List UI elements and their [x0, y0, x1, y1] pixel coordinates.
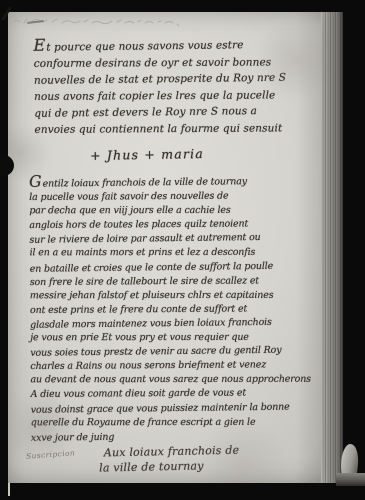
address-block: Aux loiaux franchois de la ville de tour… [104, 444, 240, 476]
preamble-line: qui de pnt est devers le Roy nre S nous … [34, 102, 328, 122]
address-line: Aux loiaux franchois de [104, 444, 240, 461]
address-line: la ville de tournay [99, 458, 240, 475]
letter-line: en bataille et croies que le conte de su… [30, 259, 322, 277]
preamble-line: confourme desirans de oyr et savoir bonn… [34, 54, 328, 72]
manuscript-page: Et pource que nous savons vous estre con… [8, 12, 343, 483]
preamble-line: envoies qui contiennent la fourme qui se… [34, 120, 328, 138]
letter-line: la pucelle vous fait savoir des nouvelle… [29, 189, 321, 205]
letter-body: Gentilz loiaux franchois de la ville de … [29, 172, 323, 445]
letter-line: querelle du Royaume de france escript a … [31, 415, 323, 430]
letter-line: vous doinst grace que vous puissiez main… [31, 400, 323, 418]
table-edge [336, 473, 365, 486]
letter-line: il en a eu maints mors et prins et lez a… [30, 246, 322, 261]
letter-line: messire jehan falstof et pluiseurs chlrs… [30, 288, 322, 303]
preamble-line: nous avons fait copier les lres que la p… [34, 87, 328, 105]
letter-line: Gentilz loiaux franchois de la ville de … [29, 171, 321, 192]
letter-line: au devant de nous quant vous sarez que n… [30, 373, 322, 388]
page-bottom-sliver [8, 483, 10, 496]
preamble-paragraph: Et pource que nous savons vous estre con… [33, 34, 328, 139]
preamble-line: nouvelles de le stat et prosperite du Ro… [34, 69, 328, 89]
suscription-note: Suscripcion [26, 448, 76, 460]
letter-line: xxve jour de juing [31, 428, 323, 446]
letter-line: par decha que en viij jours elle a cachi… [29, 204, 321, 219]
manuscript-photo: Et pource que nous savons vous estre con… [0, 0, 365, 500]
invocation-heading: + Jhus + maria [90, 146, 204, 163]
preamble-line: Et pource que nous savons vous estre [33, 34, 327, 56]
book-fore-edge [321, 12, 343, 483]
